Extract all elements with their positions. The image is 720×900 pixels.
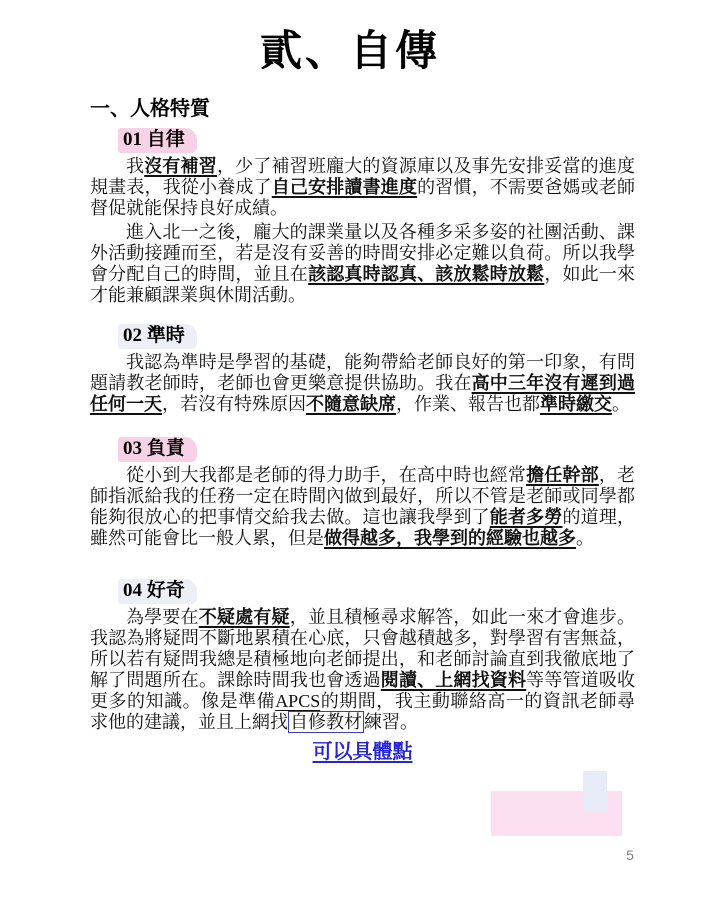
text-run-normal: 從小到大我都是老師的得力助手，在高中時也經常	[126, 465, 526, 485]
page-title: 貳、自傳	[0, 18, 700, 78]
document-body: 一、人格特質 01 自律 我沒有補習，少了補習班龐大的資源庫以及事先安排妥當的進…	[90, 97, 635, 764]
subsection-02-punctuality: 02 準時 我認為準時是學習的基礎，能夠帶給老師良好的第一印象，有問題請教老師時…	[90, 324, 635, 415]
section-heading-personality: 一、人格特質	[90, 97, 635, 121]
text-run-em: 不疑處有疑	[199, 607, 290, 627]
document-page: 貳、自傳 一、人格特質 01 自律 我沒有補習，少了補習班龐大的資源庫以及事先安…	[0, 0, 720, 900]
subsection-03-responsibility: 03 負責 從小到大我都是老師的得力助手，在高中時也經常擔任幹部，老師指派給我的…	[90, 437, 635, 549]
text-run-em: 能者多勞	[490, 507, 563, 527]
paragraph-02-1: 我認為準時是學習的基礎，能夠帶給老師良好的第一印象，有問題請教老師時，老師也會更…	[90, 352, 635, 415]
text-run-box: 自修教材	[288, 711, 364, 733]
text-run-u: APCS	[275, 691, 320, 711]
text-run-normal: ，若沒有特殊原因	[162, 394, 306, 414]
text-run-em: 不隨意缺席	[306, 394, 396, 414]
paragraph-01-1: 我沒有補習，少了補習班龐大的資源庫以及事先安排妥當的進度規畫表，我從小養成了自己…	[90, 156, 635, 219]
text-run-normal: 。	[576, 528, 594, 548]
subsection-02-heading: 02 準時	[118, 324, 635, 349]
text-run-em: 該認真時認真、該放鬆時放鬆	[308, 264, 544, 284]
subsection-03-heading: 03 負責	[118, 437, 635, 462]
text-run-normal: 我	[126, 156, 144, 176]
paragraph-04-1: 為學要在不疑處有疑，並且積極尋求解答，如此一來才會進步。我認為將疑問不斷地累積在…	[90, 607, 635, 733]
highlight-label-01: 01 自律	[118, 128, 197, 153]
decoration-lavender-rect	[583, 771, 607, 811]
highlight-label-04: 04 好奇	[118, 579, 197, 604]
text-run-em: 閱讀、上網找資料	[381, 670, 526, 690]
paragraph-01-2: 進入北一之後，龐大的課業量以及各種多采多姿的社團活動、課外活動接踵而至，若是沒有…	[90, 222, 635, 306]
highlight-label-03: 03 負責	[118, 437, 197, 462]
highlight-label-02: 02 準時	[118, 324, 197, 349]
text-run-normal: ，作業、報告也都	[396, 394, 540, 414]
text-run-normal: 。	[612, 394, 630, 414]
subsection-04-heading: 04 好奇	[118, 579, 635, 604]
text-run-normal: 練習。	[364, 712, 418, 732]
subsection-01-self-discipline: 01 自律 我沒有補習，少了補習班龐大的資源庫以及事先安排妥當的進度規畫表，我從…	[90, 128, 635, 306]
text-run-em: 擔任幹部	[526, 465, 599, 485]
text-run-em: 準時繳交	[540, 394, 612, 414]
text-run-em: 沒有補習	[144, 156, 217, 176]
subsection-01-heading: 01 自律	[118, 128, 635, 153]
paragraph-03-1: 從小到大我都是老師的得力助手，在高中時也經常擔任幹部，老師指派給我的任務一定在時…	[90, 465, 635, 549]
reviewer-comment: 可以具體點	[90, 735, 635, 764]
page-number: 5	[620, 847, 640, 863]
text-run-em: 自己安排讀書進度	[272, 177, 417, 197]
text-run-em: 做得越多，我學到的經驗也越多	[324, 528, 576, 548]
subsection-04-curiosity: 04 好奇 為學要在不疑處有疑，並且積極尋求解答，如此一來才會進步。我認為將疑問…	[90, 579, 635, 733]
text-run-normal: 為學要在	[126, 607, 199, 627]
